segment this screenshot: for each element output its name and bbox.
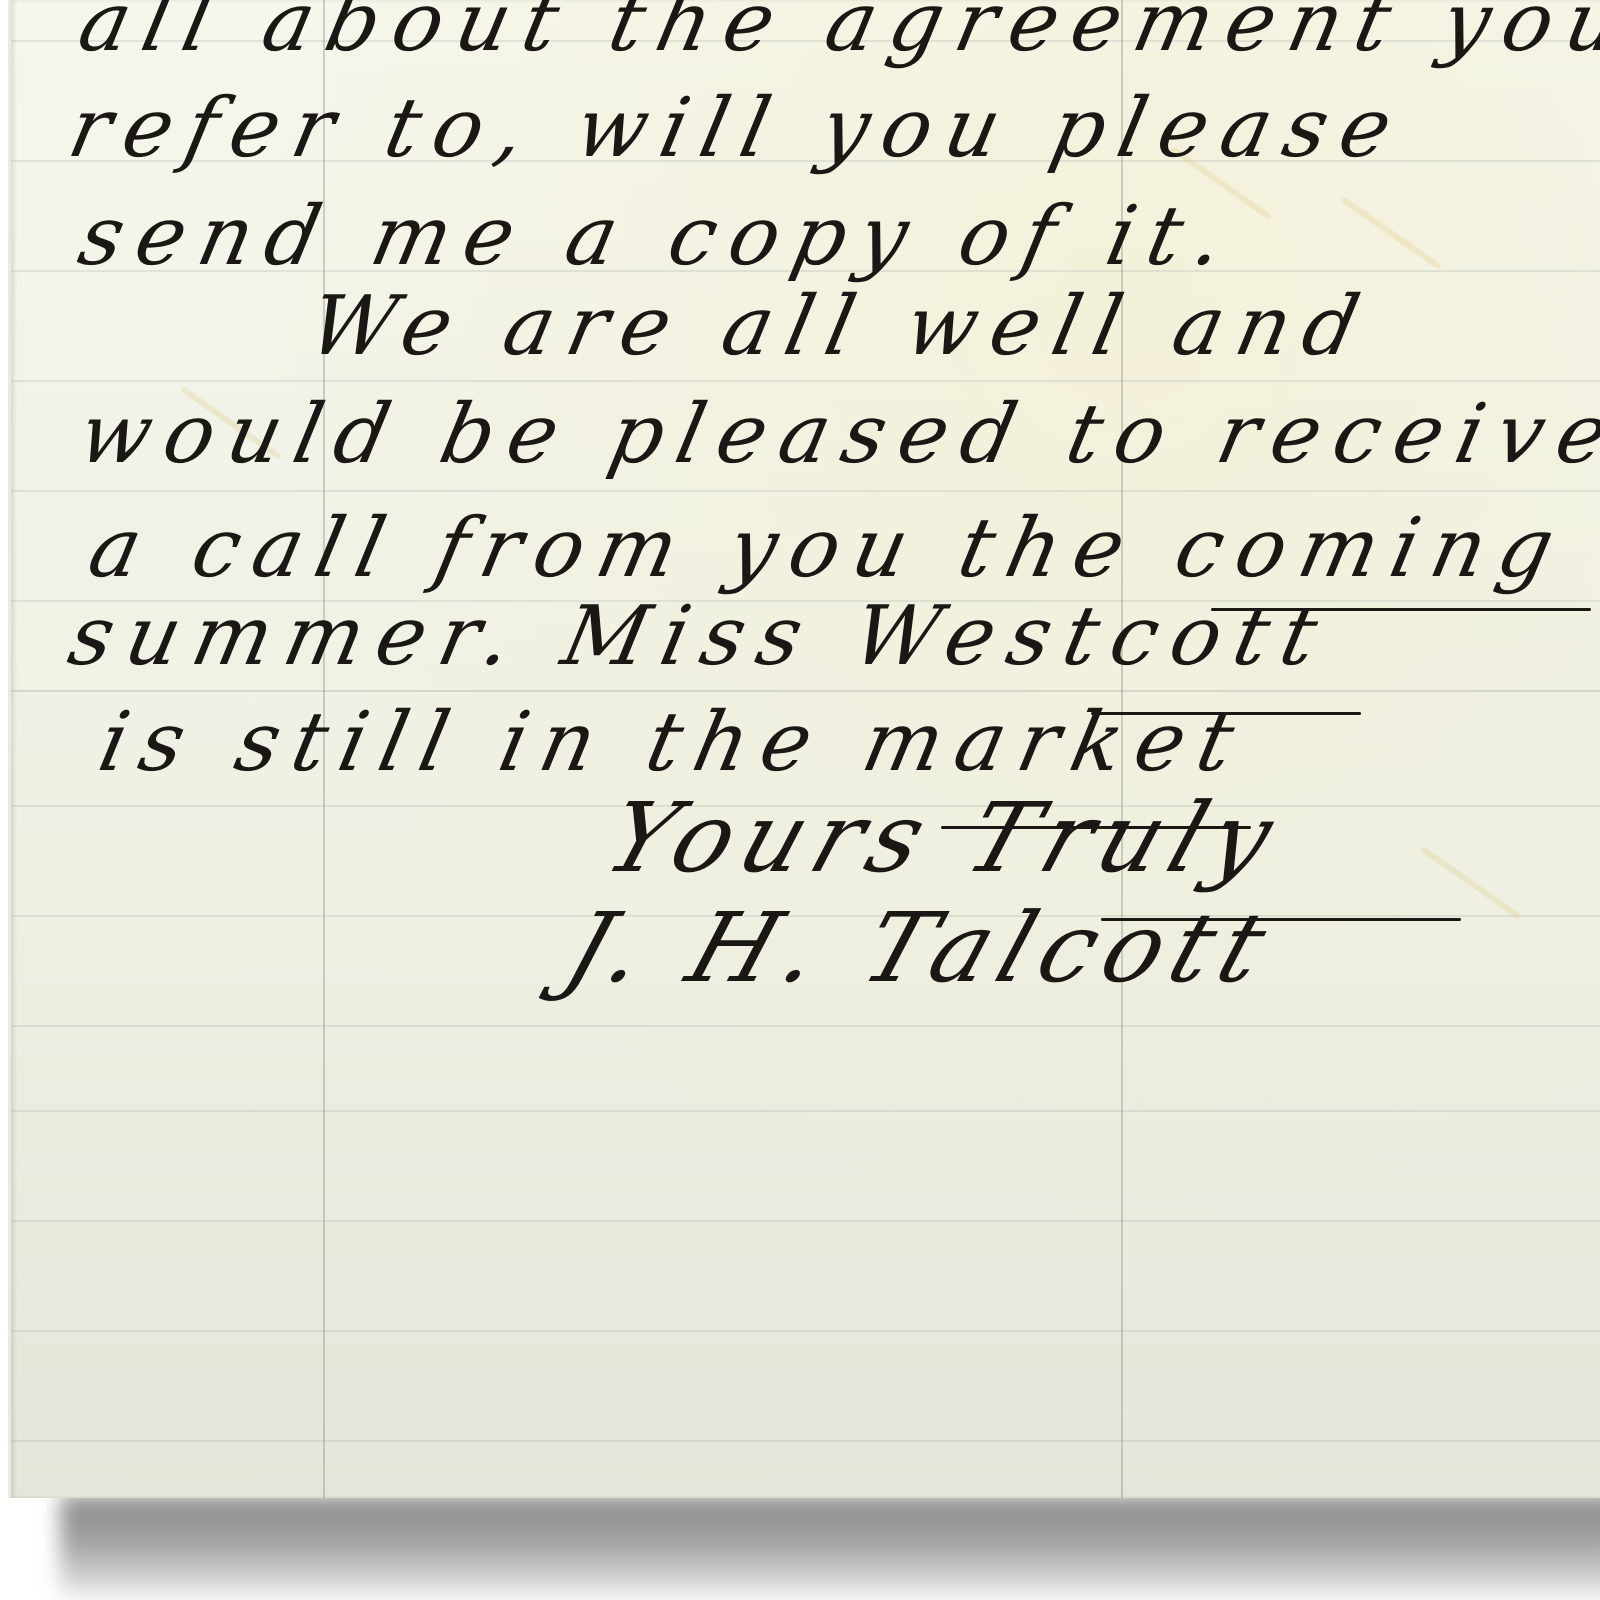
paper-stain [1340, 196, 1442, 270]
paper-stain [1420, 846, 1522, 920]
letter-line-6: a call from you the coming [82, 508, 1574, 590]
closing-text: Yours Truly [595, 790, 1293, 886]
ruled-line [11, 1330, 1600, 1332]
letter-photo: all about the agreement you refer to, wi… [0, 0, 1600, 1600]
letter-line-1: all about the agreement you [72, 0, 1600, 64]
letter-line-8: is still in the market [92, 702, 1254, 784]
ruled-line [11, 1220, 1600, 1222]
fold-crease-horizontal [11, 690, 1600, 692]
letter-line-5: would be pleased to receive [72, 394, 1600, 476]
ruled-line [11, 380, 1600, 382]
ruled-line [11, 490, 1600, 492]
paper-shadow [60, 1495, 1600, 1600]
signature: J. H. Talcott [555, 900, 1286, 996]
pen-flourish [1211, 608, 1591, 611]
letter-line-4: We are all well and [302, 286, 1379, 368]
letter-page: all about the agreement you refer to, wi… [8, 0, 1600, 1498]
ruled-line [11, 1440, 1600, 1442]
letter-line-7: summer. Miss Westcott [62, 596, 1337, 678]
pen-flourish [1091, 712, 1361, 715]
letter-line-2: refer to, will you please [62, 88, 1412, 170]
ruled-line [11, 1025, 1600, 1027]
ruled-line [11, 1110, 1600, 1112]
letter-line-3: send me a copy of it. [72, 196, 1244, 278]
